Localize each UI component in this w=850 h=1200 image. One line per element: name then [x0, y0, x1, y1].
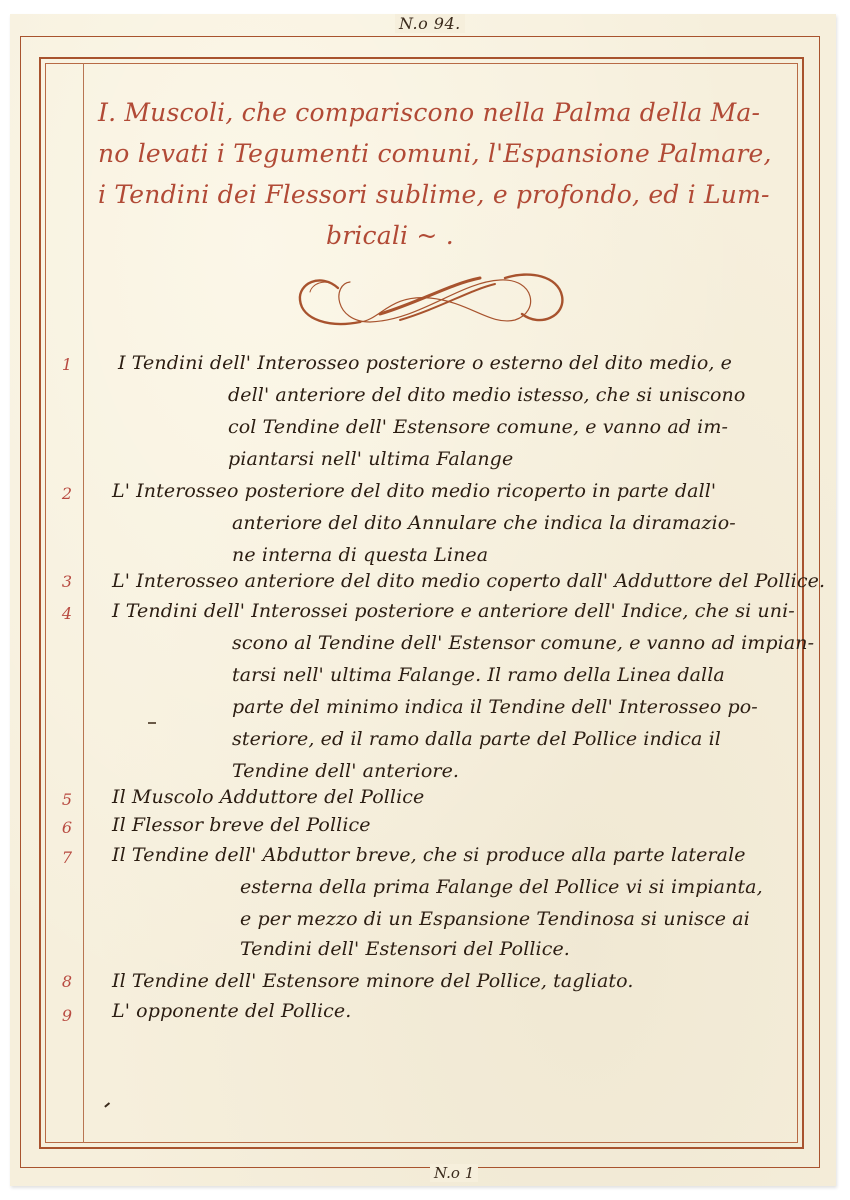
- ink-mark: [104, 1102, 110, 1107]
- entry-text: Tendine dell' anteriore.: [232, 760, 459, 782]
- entry-number: 3: [55, 572, 79, 591]
- entry-text: parte del minimo indica il Tendine dell'…: [232, 696, 758, 718]
- entry-text: L' Interosseo anteriore del dito medio c…: [112, 570, 825, 592]
- entry-text: e per mezzo di un Espansione Tendinosa s…: [240, 908, 750, 930]
- entry-number: 1: [55, 355, 79, 374]
- entry-number: 5: [55, 790, 79, 809]
- entry-text: anteriore del dito Annulare che indica l…: [232, 512, 736, 534]
- entry-text: Il Muscolo Adduttore del Pollice: [112, 786, 424, 808]
- entry-text: L' Interosseo posteriore del dito medio …: [112, 480, 716, 502]
- entry-number: 8: [55, 972, 79, 991]
- entry-text: Tendini dell' Estensori del Pollice.: [240, 938, 570, 960]
- entry-text: Il Flessor breve del Pollice: [112, 814, 371, 836]
- entry-number: 9: [55, 1006, 79, 1025]
- entry-number: 6: [55, 818, 79, 837]
- entry-text: I Tendini dell' Interosseo posteriore o …: [118, 352, 732, 374]
- entry-text: L' opponente del Pollice.: [112, 1000, 351, 1022]
- entry-number: 4: [55, 604, 79, 623]
- entry-number: 2: [55, 484, 79, 503]
- entry-text: tarsi nell' ultima Falange. Il ramo dell…: [232, 664, 725, 686]
- entry-text: scono al Tendine dell' Estensor comune, …: [232, 632, 814, 654]
- entry-text: Il Tendine dell' Abduttor breve, che si …: [112, 844, 746, 866]
- entry-text: Il Tendine dell' Estensore minore del Po…: [112, 970, 633, 992]
- entry-text: steriore, ed il ramo dalla parte del Pol…: [232, 728, 721, 750]
- folio-number-bottom: N.o 1: [430, 1164, 478, 1182]
- entry-text: esterna della prima Falange del Pollice …: [240, 876, 763, 898]
- entry-text: col Tendine dell' Estensore comune, e va…: [228, 416, 728, 438]
- entry-text: ne interna di questa Linea: [232, 544, 488, 566]
- entry-number: 7: [55, 848, 79, 867]
- entry-text: I Tendini dell' Interossei posteriore e …: [112, 600, 795, 622]
- legend-list: 1 I Tendini dell' Interosseo posteriore …: [0, 0, 850, 1200]
- entry-text: dell' anteriore del dito medio istesso, …: [228, 384, 745, 406]
- margin-dash: [148, 722, 156, 724]
- entry-text: piantarsi nell' ultima Falange: [228, 448, 513, 470]
